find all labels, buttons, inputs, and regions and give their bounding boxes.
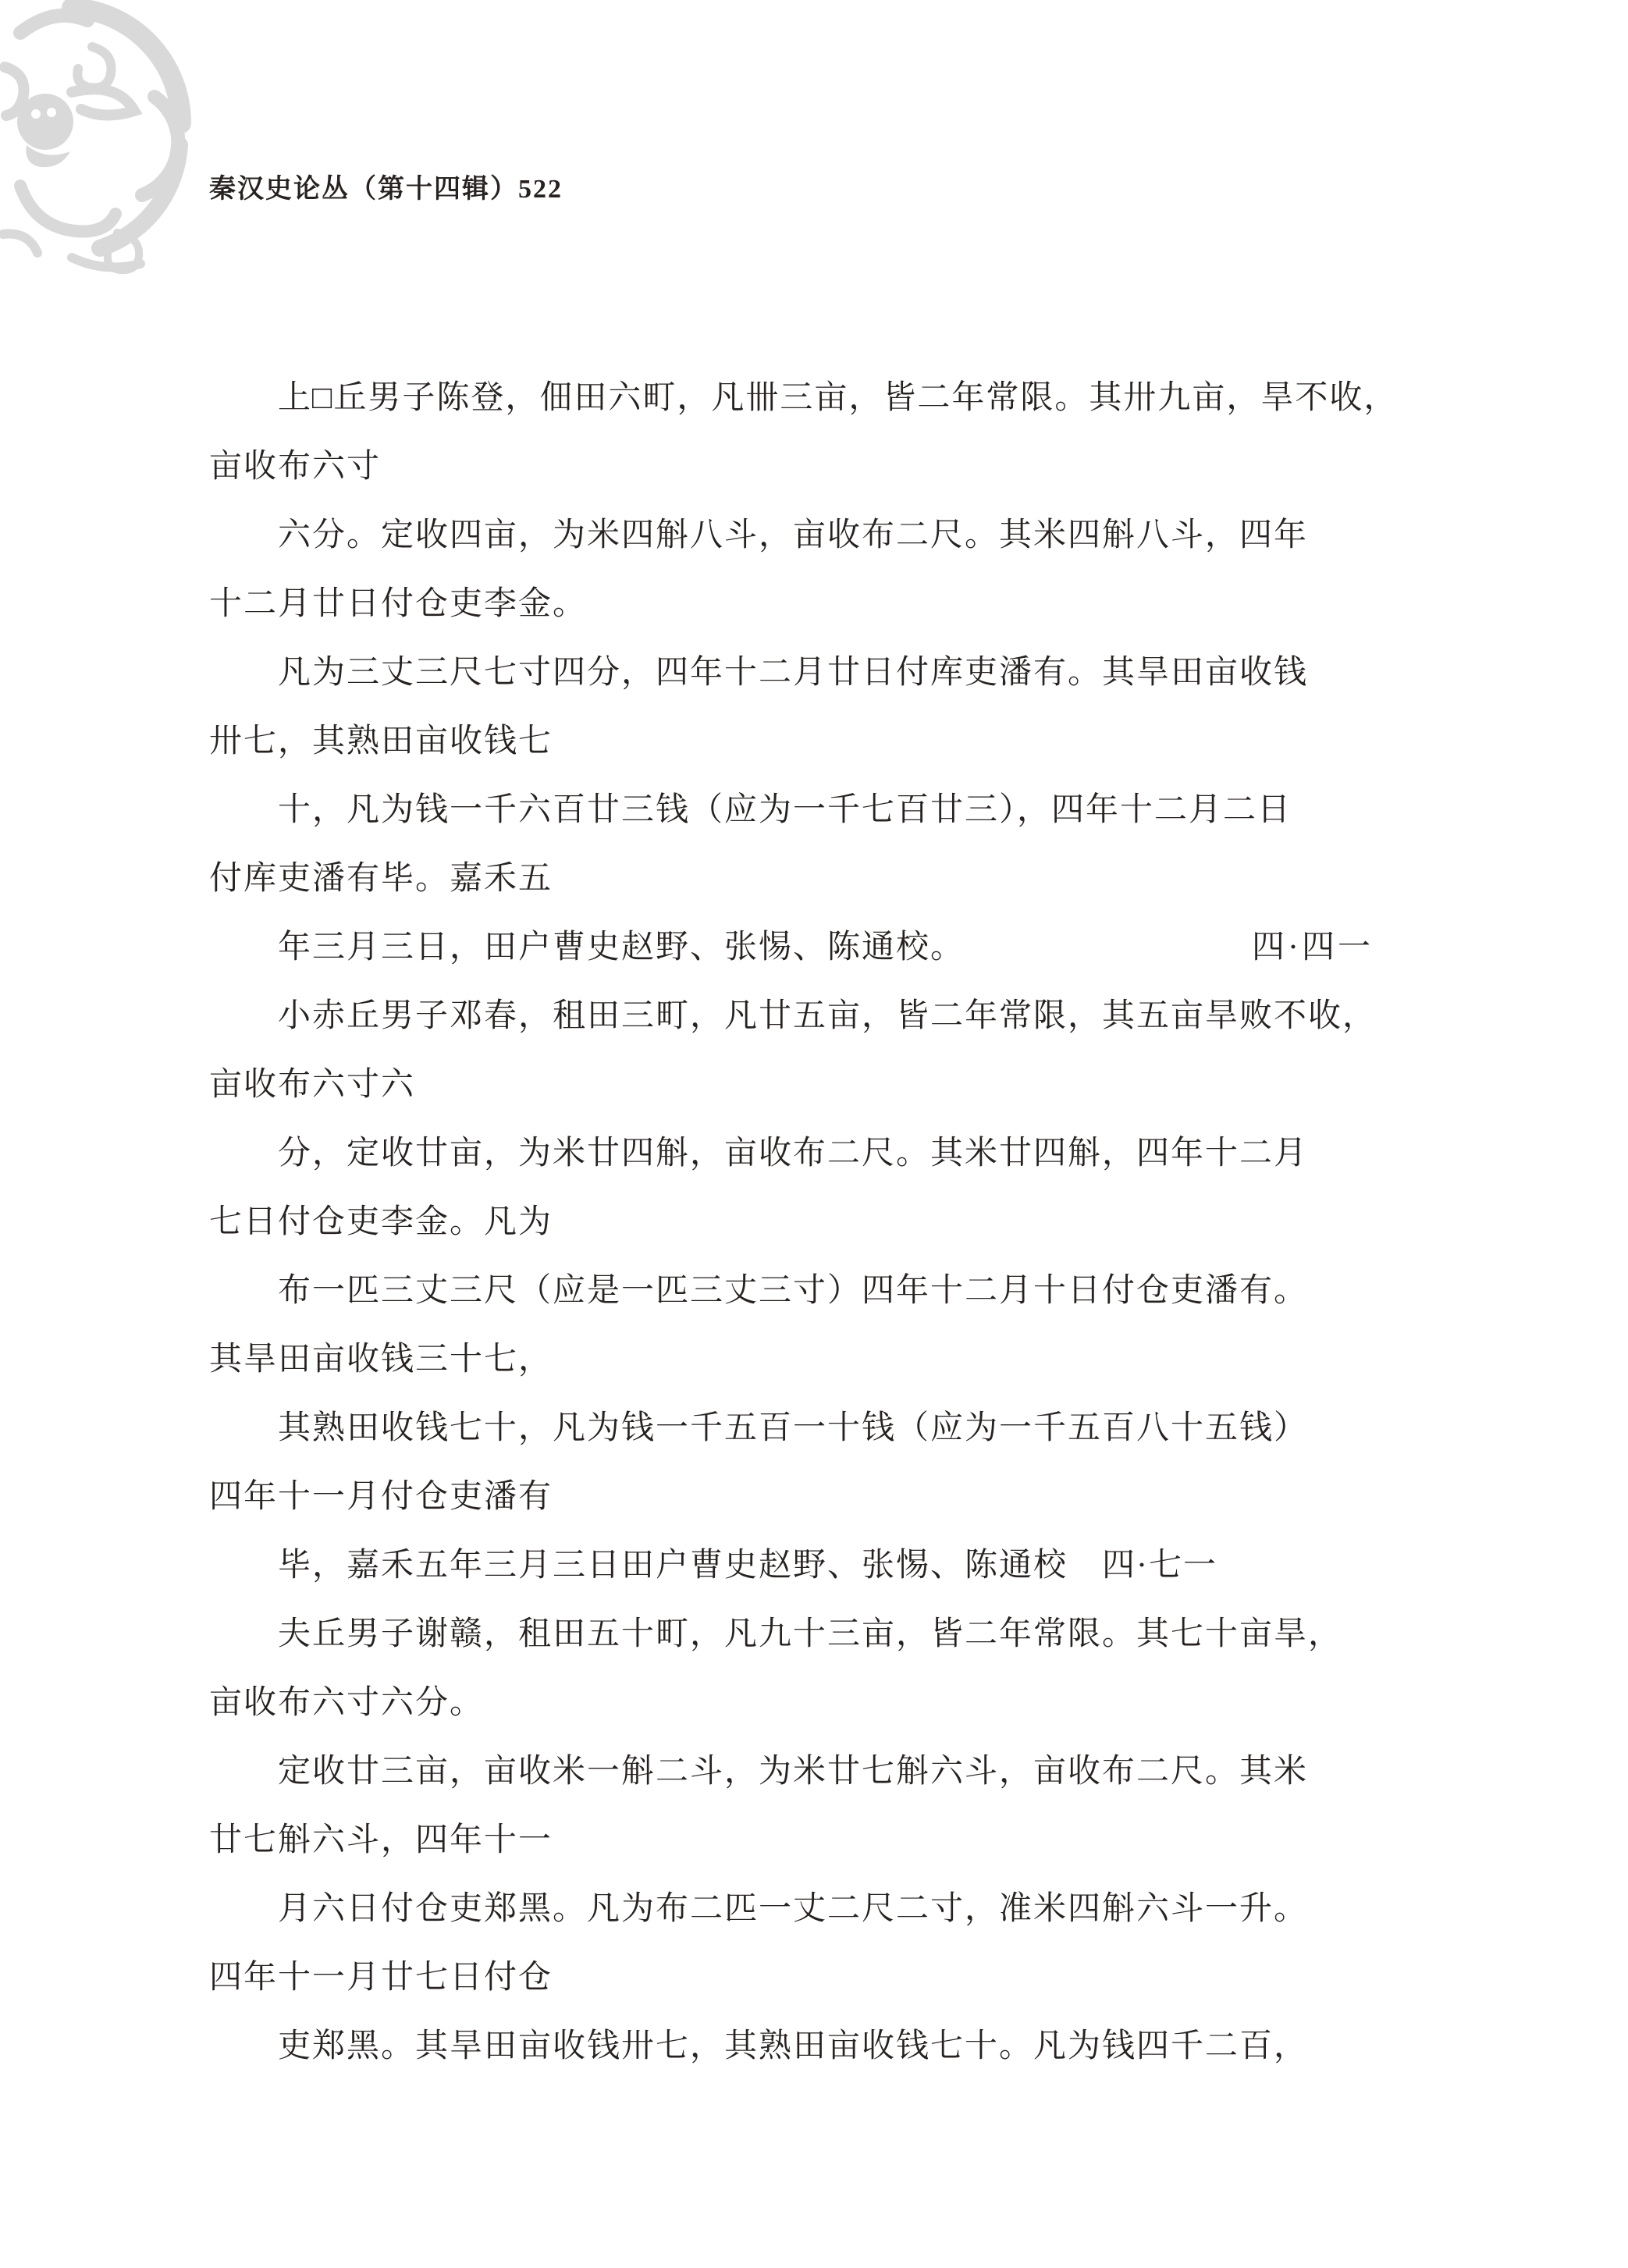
text-line: 分，定收廿亩，为米廿四斛，亩收布二尺。其米廿四斛，四年十二月 <box>209 1119 1374 1188</box>
text-line: 廿七斛六斗，四年十一 <box>209 1806 1374 1875</box>
line-text: 布一匹三丈三尺（应是一匹三丈三寸）四年十二月十日付仓吏潘有。 <box>278 1273 1308 1309</box>
line-text: 七日付仓吏李金。凡为 <box>209 1204 553 1240</box>
line-text: 四年十一月付仓吏潘有 <box>209 1479 553 1515</box>
line-text: 年三月三日，田户曹史赵野、张惕、陈通校。 <box>278 913 965 982</box>
line-text: 凡为三丈三尺七寸四分，四年十二月廿日付库吏潘有。其旱田亩收钱 <box>278 655 1308 691</box>
text-line: 四年十一月廿七日付仓 <box>209 1943 1374 2012</box>
text-line: 吏郑黑。其旱田亩收钱卅七，其熟田亩收钱七十。凡为钱四千二百， <box>209 2012 1374 2081</box>
text-line: 布一匹三丈三尺（应是一匹三丈三寸）四年十二月十日付仓吏潘有。 <box>209 1257 1374 1325</box>
text-line: 上□丘男子陈登，佃田六町，凡卌三亩，皆二年常限。其卅九亩，旱不收， <box>209 364 1374 432</box>
text-line: 七日付仓吏李金。凡为 <box>209 1188 1374 1257</box>
text-line: 亩收布六寸六 <box>209 1050 1374 1119</box>
text-line: 定收廿三亩，亩收米一斛二斗，为米廿七斛六斗，亩收布二尺。其米 <box>209 1737 1374 1806</box>
text-line: 付库吏潘有毕。嘉禾五 <box>209 844 1374 913</box>
line-text: 四年十一月廿七日付仓 <box>209 1960 553 1996</box>
line-text: 廿七斛六斗，四年十一 <box>209 1822 553 1858</box>
line-text: 六分。定收四亩，为米四斛八斗，亩收布二尺。其米四斛八斗，四年 <box>278 517 1308 553</box>
text-line: 亩收布六寸六分。 <box>209 1669 1374 1737</box>
line-text: 夫丘男子谢赣，租田五十町，凡九十三亩，皆二年常限。其七十亩旱， <box>278 1616 1342 1652</box>
text-line: 月六日付仓吏郑黑。凡为布二匹一丈二尺二寸，准米四斛六斗一升。 <box>209 1875 1374 1943</box>
text-line: 六分。定收四亩，为米四斛八斗，亩收布二尺。其米四斛八斗，四年 <box>209 501 1374 570</box>
line-text: 亩收布六寸 <box>209 449 381 485</box>
line-text: 吏郑黑。其旱田亩收钱卅七，其熟田亩收钱七十。凡为钱四千二百， <box>278 2028 1308 2064</box>
line-text: 毕，嘉禾五年三月三日田户曹史赵野、张惕、陈通校 四·七一 <box>278 1548 1217 1584</box>
line-text: 亩收布六寸六分。 <box>209 1685 484 1721</box>
line-text: 小赤丘男子邓春，租田三町，凡廿五亩，皆二年常限，其五亩旱败不收， <box>278 998 1377 1034</box>
text-line: 十，凡为钱一千六百廿三钱（应为一千七百廿三），四年十二月二日 <box>209 776 1374 844</box>
text-line: 其熟田收钱七十，凡为钱一千五百一十钱（应为一千五百八十五钱） <box>209 1394 1374 1463</box>
slip-number: 四·四一 <box>1252 913 1374 982</box>
text-line: 其旱田亩收钱三十七， <box>209 1325 1374 1394</box>
line-text: 十，凡为钱一千六百廿三钱（应为一千七百廿三），四年十二月二日 <box>278 792 1292 828</box>
line-text: 其旱田亩收钱三十七， <box>209 1342 553 1378</box>
text-line: 夫丘男子谢赣，租田五十町，凡九十三亩，皆二年常限。其七十亩旱， <box>209 1600 1374 1669</box>
line-text: 卅七，其熟田亩收钱七 <box>209 723 553 759</box>
line-text: 上□丘男子陈登，佃田六町，凡卌三亩，皆二年常限。其卅九亩，旱不收， <box>278 380 1398 416</box>
text-line: 小赤丘男子邓春，租田三町，凡廿五亩，皆二年常限，其五亩旱败不收， <box>209 982 1374 1050</box>
running-header: 秦汉史论丛（第十四辑）522 <box>209 167 563 205</box>
page-number: 522 <box>518 175 563 204</box>
text-line: 卅七，其熟田亩收钱七 <box>209 707 1374 776</box>
body-text: 上□丘男子陈登，佃田六町，凡卌三亩，皆二年常限。其卅九亩，旱不收，亩收布六寸六分… <box>209 364 1374 2081</box>
line-text: 月六日付仓吏郑黑。凡为布二匹一丈二尺二寸，准米四斛六斗一升。 <box>278 1891 1308 1927</box>
corner-ornament <box>0 0 203 289</box>
text-line: 毕，嘉禾五年三月三日田户曹史赵野、张惕、陈通校 四·七一 <box>209 1531 1374 1600</box>
text-line: 年三月三日，田户曹史赵野、张惕、陈通校。四·四一 <box>209 913 1374 982</box>
book-page: 秦汉史论丛（第十四辑）522 上□丘男子陈登，佃田六町，凡卌三亩，皆二年常限。其… <box>0 0 1628 2268</box>
line-text: 其熟田收钱七十，凡为钱一千五百一十钱（应为一千五百八十五钱） <box>278 1410 1308 1446</box>
book-title: 秦汉史论丛（第十四辑） <box>209 175 518 204</box>
line-text: 分，定收廿亩，为米廿四斛，亩收布二尺。其米廿四斛，四年十二月 <box>278 1136 1308 1171</box>
line-text: 定收廿三亩，亩收米一斛二斗，为米廿七斛六斗，亩收布二尺。其米 <box>278 1754 1308 1790</box>
text-line: 亩收布六寸 <box>209 432 1374 501</box>
text-line: 凡为三丈三尺七寸四分，四年十二月廿日付库吏潘有。其旱田亩收钱 <box>209 638 1374 707</box>
line-text: 亩收布六寸六 <box>209 1067 415 1103</box>
line-text: 付库吏潘有毕。嘉禾五 <box>209 861 553 897</box>
text-line: 四年十一月付仓吏潘有 <box>209 1463 1374 1531</box>
text-line: 十二月廿日付仓吏李金。 <box>209 570 1374 638</box>
line-text: 十二月廿日付仓吏李金。 <box>209 586 587 622</box>
